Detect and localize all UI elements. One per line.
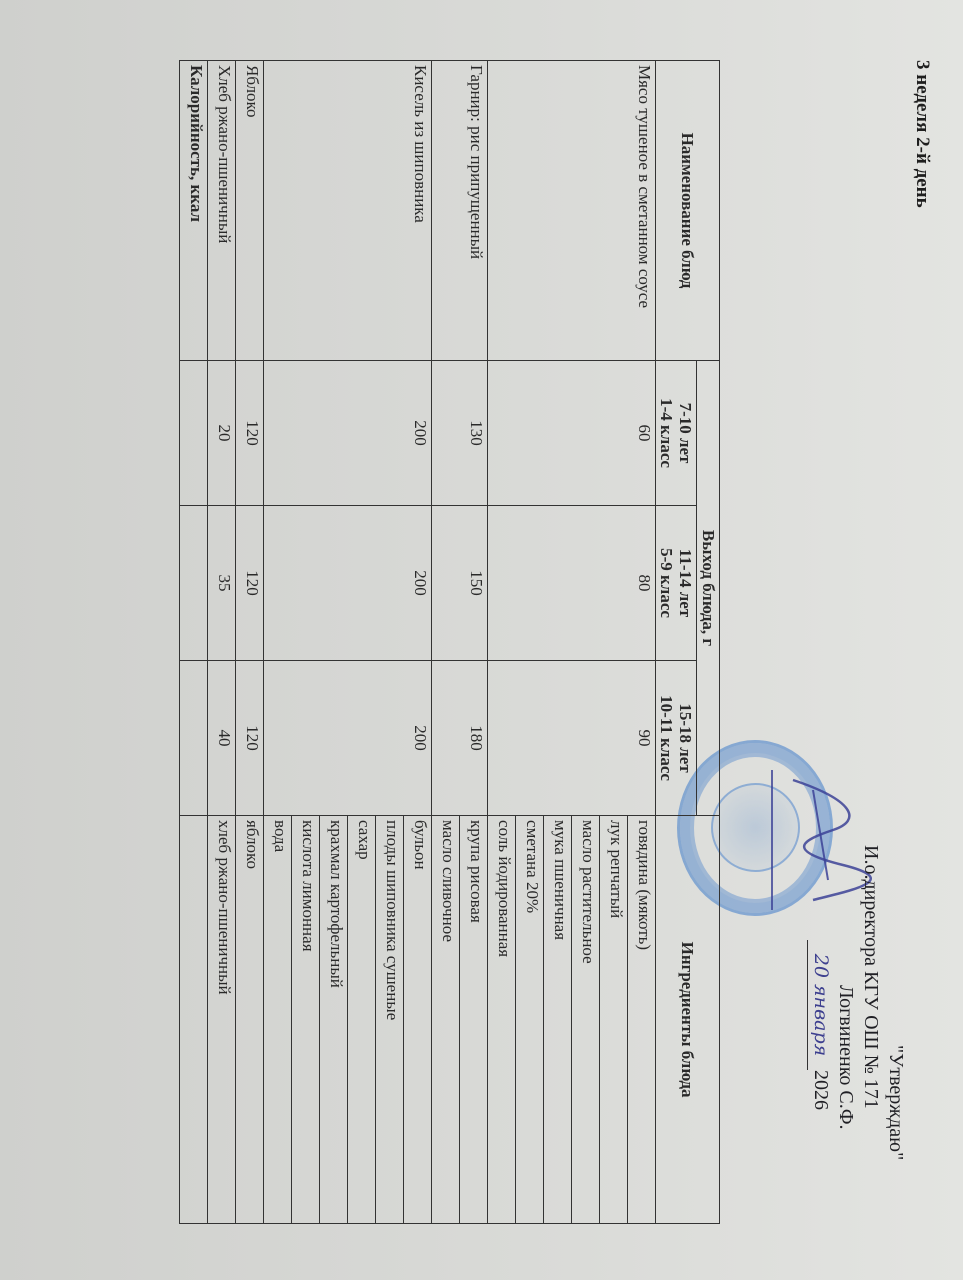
portion-weight: 120 bbox=[236, 661, 264, 816]
dish-name: Хлеб ржано-пшеничный bbox=[208, 61, 236, 361]
portion-weight: 180 bbox=[432, 661, 488, 816]
ingredient: хлеб ржано-пшеничный bbox=[208, 816, 236, 1224]
ingredient: масло растительное bbox=[572, 816, 600, 1224]
ingredient: бульон bbox=[404, 816, 432, 1224]
header-output: Выход блюда, г bbox=[697, 361, 720, 816]
table-row: Яблоко120120120яблоко bbox=[236, 61, 264, 1224]
table-row: Гарнир: рис припущенный130150180крупа ри… bbox=[460, 61, 488, 1224]
calories-value bbox=[180, 506, 208, 661]
ingredient: яблоко bbox=[236, 816, 264, 1224]
ingredient: плоды шиповника сушеные bbox=[376, 816, 404, 1224]
portion-weight: 20 bbox=[208, 361, 236, 506]
document-page: 3 неделя 2-й день "Утверждаю" И.о.директ… bbox=[0, 0, 963, 1280]
portion-weight: 200 bbox=[264, 506, 432, 661]
portion-weight: 60 bbox=[488, 361, 656, 506]
portion-weight: 80 bbox=[488, 506, 656, 661]
ingredient: кислота лимонная bbox=[292, 816, 320, 1224]
table-row: Мясо тушеное в сметанном соусе608090говя… bbox=[628, 61, 656, 1224]
ingredient: мука пшеничная bbox=[544, 816, 572, 1224]
total-row: Калорийность, ккал bbox=[180, 61, 208, 1224]
header-age-group: 11-14 лет5-9 класс bbox=[656, 506, 697, 661]
portion-weight: 200 bbox=[264, 661, 432, 816]
calories-ingredients bbox=[180, 816, 208, 1224]
approval-heading: "Утверждаю" bbox=[883, 845, 908, 1225]
portion-weight: 120 bbox=[236, 506, 264, 661]
approval-date-handwritten: 20 января bbox=[807, 940, 833, 1070]
portion-weight: 120 bbox=[236, 361, 264, 506]
dish-name: Яблоко bbox=[236, 61, 264, 361]
ingredient: крупа рисовая bbox=[460, 816, 488, 1224]
dish-name: Гарнир: рис припущенный bbox=[432, 61, 488, 361]
table-row: Кисель из шиповника200200200бульон bbox=[404, 61, 432, 1224]
portion-weight: 40 bbox=[208, 661, 236, 816]
dish-name: Кисель из шиповника bbox=[264, 61, 432, 361]
approval-year: 2026 bbox=[810, 1070, 832, 1110]
portion-weight: 150 bbox=[432, 506, 488, 661]
ingredient: крахмал картофельный bbox=[320, 816, 348, 1224]
dish-name: Мясо тушеное в сметанном соусе bbox=[488, 61, 656, 361]
portion-weight: 35 bbox=[208, 506, 236, 661]
ingredient: соль йодированная bbox=[488, 816, 516, 1224]
approval-block: "Утверждаю" И.о.директора КГУ ОШ № 171 Л… bbox=[807, 845, 908, 1225]
header-dish-name: Наименование блюд bbox=[656, 61, 720, 361]
approver-position: И.о.директора КГУ ОШ № 171 bbox=[858, 845, 883, 1225]
calories-value bbox=[180, 661, 208, 816]
header-age-group: 15-18 лет10-11 класс bbox=[656, 661, 697, 816]
portion-weight: 130 bbox=[432, 361, 488, 506]
header-ingredients: Ингредиенты блюда bbox=[656, 816, 720, 1224]
ingredient: сахар bbox=[348, 816, 376, 1224]
ingredient: говядина (мякоть) bbox=[628, 816, 656, 1224]
menu-table-body: Мясо тушеное в сметанном соусе608090говя… bbox=[180, 61, 656, 1224]
calories-label: Калорийность, ккал bbox=[180, 61, 208, 361]
ingredient: вода bbox=[264, 816, 292, 1224]
ingredient: масло сливочное bbox=[432, 816, 460, 1224]
approval-date: 20 января2026 bbox=[807, 845, 833, 1225]
header-age-group: 7-10 лет1-4 класс bbox=[656, 361, 697, 506]
portion-weight: 200 bbox=[264, 361, 432, 506]
table-row: Хлеб ржано-пшеничный203540хлеб ржано-пше… bbox=[208, 61, 236, 1224]
portion-weight: 90 bbox=[488, 661, 656, 816]
ingredient: сметана 20% bbox=[516, 816, 544, 1224]
approver-name: Логвиненко С.Ф. bbox=[833, 845, 858, 1225]
page-title: 3 неделя 2-й день bbox=[911, 60, 933, 208]
menu-table: Наименование блюд Выход блюда, г Ингреди… bbox=[179, 60, 720, 1224]
ingredient: лук репчатый bbox=[600, 816, 628, 1224]
calories-value bbox=[180, 361, 208, 506]
